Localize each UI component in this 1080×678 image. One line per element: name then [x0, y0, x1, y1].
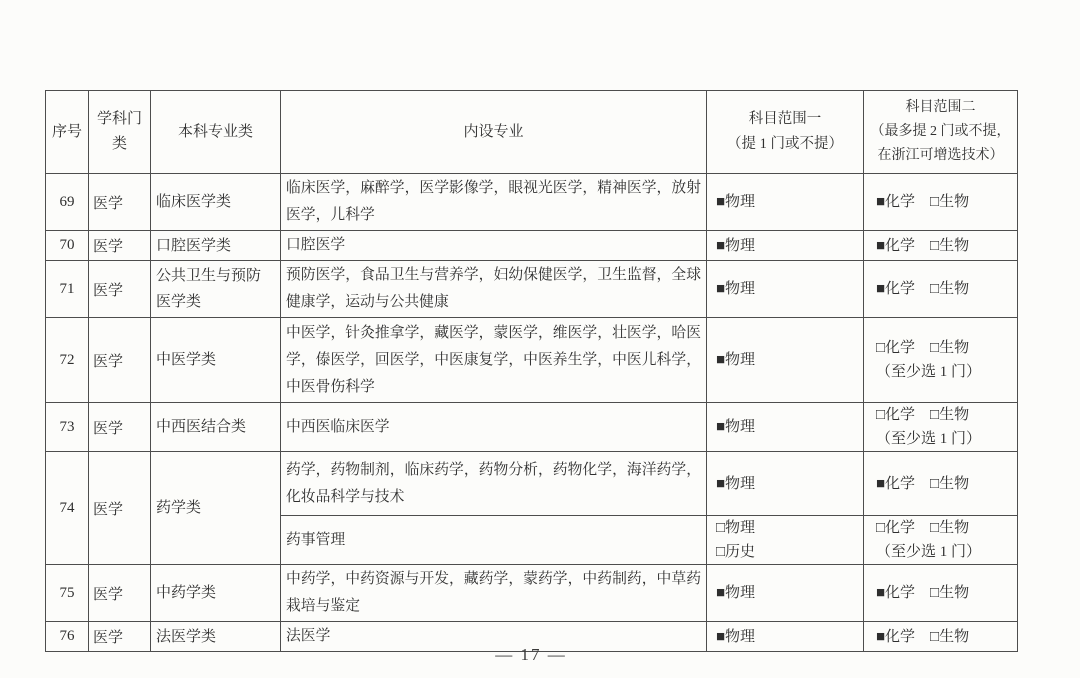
range1-line: ■物理 — [716, 277, 854, 301]
header-category: 学科门类 — [89, 91, 151, 174]
major-class-cell: 中药学类 — [151, 565, 281, 622]
range2-line: ■化学 □生物 — [876, 472, 1005, 496]
header-subject-range1: 科目范围一 （提 1 门或不提） — [707, 91, 864, 174]
range2-line: ■化学 □生物 — [876, 190, 1005, 214]
majors-cell: 预防医学，食品卫生与营养学，妇幼保健医学，卫生监督，全球健康学，运动与公共健康 — [281, 261, 707, 318]
range2-line: ■化学 □生物 — [876, 581, 1005, 605]
majors-cell: 药事管理 — [281, 516, 707, 565]
subject-range1-cell: ■物理 — [707, 318, 864, 403]
seq-cell: 72 — [46, 318, 89, 403]
major-class-cell: 公共卫生与预防医学类 — [151, 261, 281, 318]
subject-requirements-table: 序号 学科门类 本科专业类 内设专业 科目范围一 （提 1 门或不提） 科目范围… — [45, 90, 1018, 652]
major-class-cell: 口腔医学类 — [151, 231, 281, 261]
range1-line: ■物理 — [716, 581, 854, 605]
subject-range2-cell: □化学 □生物 （至少选 1 门） — [864, 516, 1018, 565]
seq-cell: 75 — [46, 565, 89, 622]
subject-range1-cell: ■物理 — [707, 403, 864, 452]
header-subject-range2: 科目范围二 （最多提 2 门或不提， 在浙江可增选技术） — [864, 91, 1018, 174]
range2-line: □化学 □生物 — [876, 336, 1005, 360]
seq-cell: 70 — [46, 231, 89, 261]
range1-line: ■物理 — [716, 415, 854, 439]
seq-cell: 73 — [46, 403, 89, 452]
major-class-cell: 临床医学类 — [151, 174, 281, 231]
table-row-70: 70 医学 口腔医学类 口腔医学 ■物理 ■化学 □生物 — [46, 231, 1018, 261]
major-class-cell: 中西医结合类 — [151, 403, 281, 452]
majors-cell: 临床医学，麻醉学，医学影像学，眼视光医学，精神医学，放射医学，儿科学 — [281, 174, 707, 231]
subject-range2-cell: ■化学 □生物 — [864, 452, 1018, 516]
table-row-75: 75 医学 中药学类 中药学，中药资源与开发，藏药学，蒙药学，中药制药，中草药栽… — [46, 565, 1018, 622]
header-range1-note: （提 1 门或不提） — [709, 132, 861, 157]
header-seq: 序号 — [46, 91, 89, 174]
range1-line: ■物理 — [716, 472, 854, 496]
subject-range1-cell: ■物理 — [707, 231, 864, 261]
subject-range2-cell: □化学 □生物 （至少选 1 门） — [864, 318, 1018, 403]
majors-cell: 中药学，中药资源与开发，藏药学，蒙药学，中药制药，中草药栽培与鉴定 — [281, 565, 707, 622]
header-majors: 内设专业 — [281, 91, 707, 174]
header-major-class: 本科专业类 — [151, 91, 281, 174]
range2-line: □化学 □生物 — [876, 516, 1005, 540]
category-cell: 医学 — [89, 403, 151, 452]
header-range1-title: 科目范围一 — [709, 107, 861, 132]
range1-line: ■物理 — [716, 190, 854, 214]
major-class-cell: 中医学类 — [151, 318, 281, 403]
range2-line: ■化学 □生物 — [876, 277, 1005, 301]
major-class-cell: 药学类 — [151, 452, 281, 565]
seq-cell: 74 — [46, 452, 89, 565]
majors-cell: 药学，药物制剂，临床药学，药物分析，药物化学，海洋药学，化妆品科学与技术 — [281, 452, 707, 516]
range2-line: □化学 □生物 — [876, 403, 1005, 427]
seq-cell: 69 — [46, 174, 89, 231]
range2-line: （至少选 1 门） — [876, 540, 1005, 564]
header-range2-note-line2: 在浙江可增选技术） — [866, 144, 1015, 168]
subject-range1-cell: ■物理 — [707, 452, 864, 516]
seq-cell: 71 — [46, 261, 89, 318]
subject-range2-cell: □化学 □生物 （至少选 1 门） — [864, 403, 1018, 452]
range1-line: □历史 — [716, 540, 854, 564]
category-cell: 医学 — [89, 452, 151, 565]
subject-range2-cell: ■化学 □生物 — [864, 565, 1018, 622]
table-row-72: 72 医学 中医学类 中医学，针灸推拿学，藏医学，蒙医学，维医学，壮医学，哈医学… — [46, 318, 1018, 403]
range2-line: （至少选 1 门） — [876, 427, 1005, 451]
subject-range2-cell: ■化学 □生物 — [864, 261, 1018, 318]
range1-line: ■物理 — [716, 234, 854, 258]
category-cell: 医学 — [89, 318, 151, 403]
range2-line: （至少选 1 门） — [876, 360, 1005, 384]
page-number: — 17 — — [0, 645, 1062, 665]
subject-range2-cell: ■化学 □生物 — [864, 231, 1018, 261]
header-range2-title: 科目范围二 — [866, 96, 1015, 120]
subject-range1-cell: ■物理 — [707, 565, 864, 622]
document-page: 序号 学科门类 本科专业类 内设专业 科目范围一 （提 1 门或不提） 科目范围… — [0, 0, 1080, 678]
subject-range1-cell: ■物理 — [707, 174, 864, 231]
table-row-69: 69 医学 临床医学类 临床医学，麻醉学，医学影像学，眼视光医学，精神医学，放射… — [46, 174, 1018, 231]
subject-range2-cell: ■化学 □生物 — [864, 174, 1018, 231]
table-row-74a: 74 医学 药学类 药学，药物制剂，临床药学，药物分析，药物化学，海洋药学，化妆… — [46, 452, 1018, 516]
majors-cell: 口腔医学 — [281, 231, 707, 261]
range1-line: ■物理 — [716, 348, 854, 372]
table-row-73: 73 医学 中西医结合类 中西医临床医学 ■物理 □化学 □生物 （至少选 1 … — [46, 403, 1018, 452]
header-range2-note-line1: （最多提 2 门或不提， — [866, 120, 1015, 144]
majors-cell: 中医学，针灸推拿学，藏医学，蒙医学，维医学，壮医学，哈医学，傣医学，回医学，中医… — [281, 318, 707, 403]
table-row-71: 71 医学 公共卫生与预防医学类 预防医学，食品卫生与营养学，妇幼保健医学，卫生… — [46, 261, 1018, 318]
category-cell: 医学 — [89, 565, 151, 622]
category-cell: 医学 — [89, 261, 151, 318]
range1-line: □物理 — [716, 516, 854, 540]
subject-range1-cell: ■物理 — [707, 261, 864, 318]
range2-line: ■化学 □生物 — [876, 234, 1005, 258]
table-header-row: 序号 学科门类 本科专业类 内设专业 科目范围一 （提 1 门或不提） 科目范围… — [46, 91, 1018, 174]
category-cell: 医学 — [89, 174, 151, 231]
category-cell: 医学 — [89, 231, 151, 261]
subject-range1-cell: □物理 □历史 — [707, 516, 864, 565]
majors-cell: 中西医临床医学 — [281, 403, 707, 452]
